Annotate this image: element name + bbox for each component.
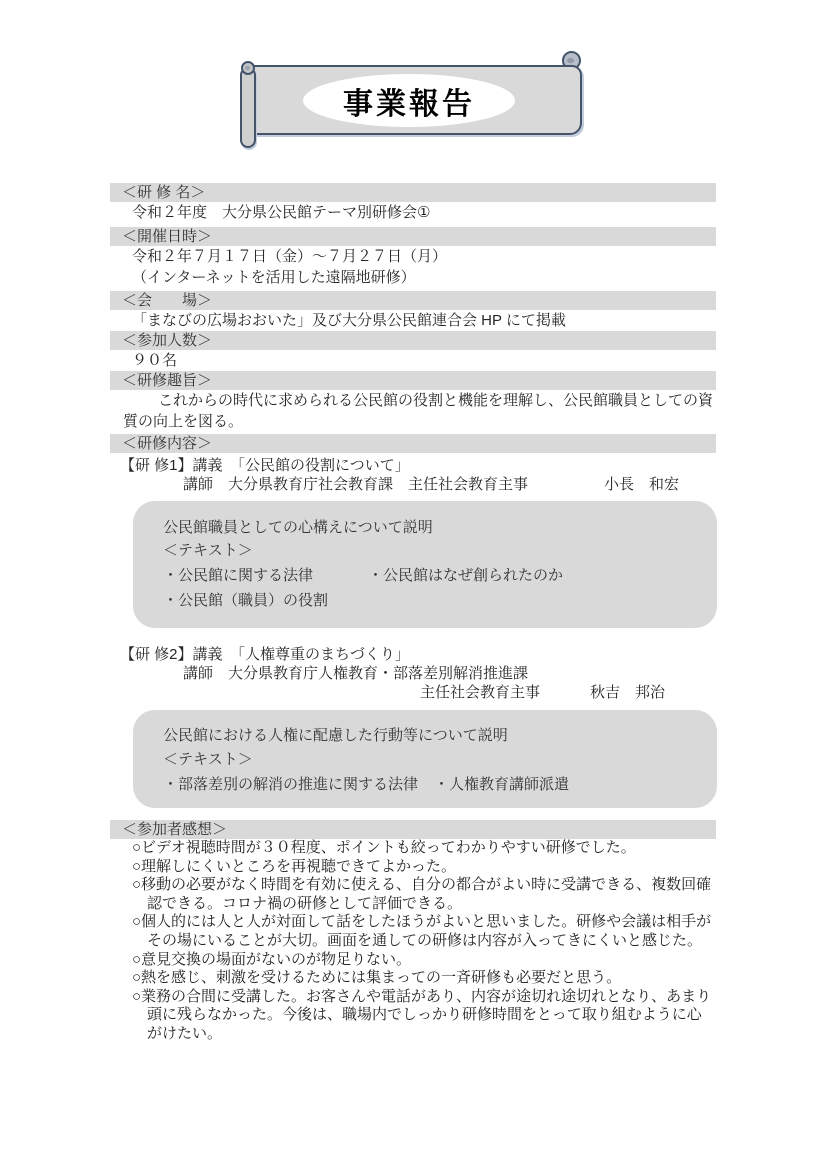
lecture1-lecturer-line: 講師 大分県教育庁社会教育課 主任社会教育主事小長 和宏 (110, 475, 716, 494)
lecture2-lecturer-line: 講師 大分県教育庁人権教育・部落差別解消推進課 (110, 664, 716, 683)
lecture2-lecturer-line2: 主任社会教育主事秋吉 邦治 (110, 683, 716, 702)
training-name-value: 令和２年度 大分県公民館テーマ別研修会① (110, 202, 716, 223)
lecture2-bullet-2: ・人権教育講師派遣 (434, 774, 569, 796)
lecture1-bullet-2: ・公民館はなぜ創られたのか (368, 565, 563, 587)
schedule-date: 令和２年７月１７日（金）～７月２７日（月） (110, 246, 716, 267)
feedback-comment: ○ビデオ視聴時間が３０程度、ポイントも絞ってわかりやすい研修でした。 (110, 839, 716, 858)
section-header-training-name: ＜研 修 名＞ (110, 183, 716, 202)
section-header-purpose: ＜研修趣旨＞ (110, 371, 716, 390)
feedback-comment: ○個人的には人と人が対面して話をしたほうがよいと思いました。研修や会議は相手がそ… (110, 913, 716, 950)
purpose-text: これからの時代に求められる公民館の役割と機能を理解し、公民館職員としての資質の向… (110, 390, 716, 432)
participants-count: ９０名 (110, 350, 716, 371)
lecture1-lecturer-name: 小長 和宏 (604, 476, 679, 493)
banner-title: 事業報告 (343, 79, 475, 123)
lecture1-bullet-3: ・公民館（職員）の役割 (163, 590, 328, 612)
lecture1-bullet-1: ・公民館に関する法律 (163, 565, 368, 587)
report-content: ＜研 修 名＞ 令和２年度 大分県公民館テーマ別研修会① ＜開催日時＞ 令和２年… (110, 183, 716, 1044)
lecture2-bullets-row1: ・部落差別の解消の推進に関する法律 ・人権教育講師派遣 (163, 774, 693, 796)
venue-value: 「まなびの広場おおいた」及び大分県公民館連合会 HP にて掲載 (110, 310, 716, 331)
lecture1-summary-box: 公民館職員としての心構えについて説明 ＜テキスト＞ ・公民館に関する法律 ・公民… (133, 501, 717, 628)
lecture2-lecturer-title: 主任社会教育主事 (420, 684, 540, 701)
lecture2-summary-box: 公民館における人権に配慮した行動等について説明 ＜テキスト＞ ・部落差別の解消の… (133, 710, 717, 808)
lecture2-text-label: ＜テキスト＞ (163, 748, 693, 771)
lecture2-heading: 【研 修2】講義 「人権尊重のまちづくり」 (110, 645, 716, 664)
lecture1-bullets-row1: ・公民館に関する法律 ・公民館はなぜ創られたのか (163, 565, 693, 587)
lecture1-heading: 【研 修1】講義 「公民館の役割について」 (110, 456, 716, 475)
scroll-left-roll-cap-icon (241, 61, 255, 75)
section-header-schedule: ＜開催日時＞ (110, 227, 716, 246)
lecture1-text-label: ＜テキスト＞ (163, 540, 693, 562)
scroll-banner-body: 事業報告 (251, 65, 582, 135)
lecture1-bullets-row2: ・公民館（職員）の役割 (163, 590, 693, 612)
document-page: 事業報告 ＜研 修 名＞ 令和２年度 大分県公民館テーマ別研修会① ＜開催日時＞… (0, 0, 826, 1169)
feedback-comment: ○熱を感じ、刺激を受けるためには集まっての一斉研修も必要だと思う。 (110, 969, 716, 988)
lecture2-bullet-1: ・部落差別の解消の推進に関する法律 (163, 774, 418, 796)
schedule-note: （インターネットを活用した遠隔地研修） (110, 267, 716, 288)
section-header-feedback: ＜参加者感想＞ (110, 820, 716, 839)
lecture1-lecturer: 講師 大分県教育庁社会教育課 主任社会教育主事 (183, 476, 528, 493)
feedback-comment: ○意見交換の場面がないのが物足りない。 (110, 951, 716, 970)
lecture2-summary: 公民館における人権に配慮した行動等について説明 (163, 724, 693, 747)
feedback-comment: ○業務の合間に受講した。お客さんや電話があり、内容が途切れ途切れとなり、あまり頭… (110, 988, 716, 1044)
lecture2-lecturer-name: 秋吉 邦治 (590, 684, 665, 701)
scroll-left-roll-icon (240, 67, 256, 148)
section-header-content: ＜研修内容＞ (110, 434, 716, 453)
section-header-venue: ＜会 場＞ (110, 291, 716, 310)
lecture2-lecturer: 講師 大分県教育庁人権教育・部落差別解消推進課 (183, 665, 528, 682)
banner-ellipse: 事業報告 (303, 74, 515, 127)
section-header-participants: ＜参加人数＞ (110, 331, 716, 350)
feedback-comment: ○理解しにくいところを再視聴できてよかった。 (110, 858, 716, 877)
lecture1-summary: 公民館職員としての心構えについて説明 (163, 517, 693, 539)
report-banner: 事業報告 (240, 50, 588, 152)
feedback-comment: ○移動の必要がなく時間を有効に使える、自分の都合がよい時に受講できる、複数回確認… (110, 876, 716, 913)
